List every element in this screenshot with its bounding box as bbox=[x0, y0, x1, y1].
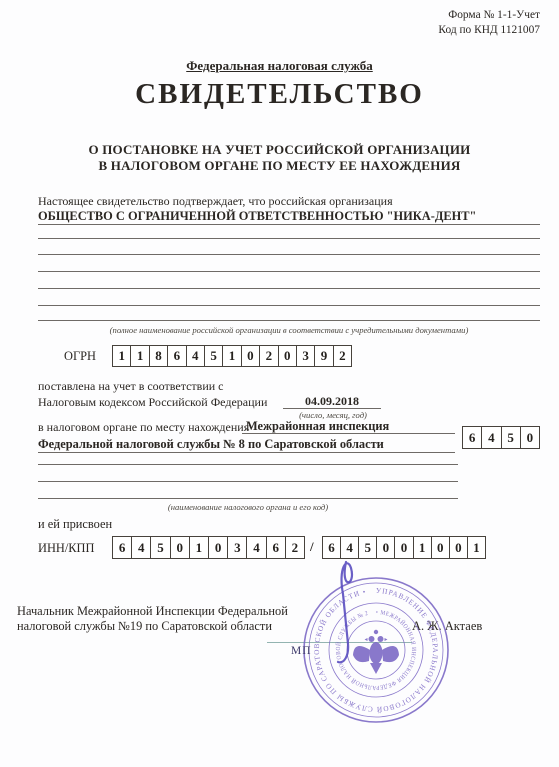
ogrn-label: ОГРН bbox=[64, 349, 96, 364]
inn-digit: 6 bbox=[267, 536, 286, 559]
form-number: Форма № 1-1-Учет bbox=[438, 8, 540, 23]
inn-digit: 0 bbox=[171, 536, 190, 559]
tax-authority-prefix: в налоговом органе по месту нахождения bbox=[38, 420, 249, 435]
blank-line bbox=[38, 452, 455, 453]
subtitle-line-2: В НАЛОГОВОМ ОРГАНЕ ПО МЕСТУ ЕЕ НАХОЖДЕНИ… bbox=[0, 158, 559, 174]
blank-line bbox=[242, 433, 455, 434]
inn-digit: 0 bbox=[209, 536, 228, 559]
blank-line bbox=[38, 305, 540, 306]
blank-line bbox=[38, 238, 540, 239]
tax-code-digit: 5 bbox=[502, 426, 521, 449]
inn-digit: 6 bbox=[112, 536, 132, 559]
ogrn-digit: 1 bbox=[131, 345, 149, 367]
date-underline bbox=[283, 408, 381, 409]
inn-digit: 5 bbox=[151, 536, 170, 559]
org-name-caption: (полное наименование российской организа… bbox=[38, 325, 540, 335]
kpp-digit: 1 bbox=[468, 536, 486, 559]
ogrn-digit: 0 bbox=[242, 345, 260, 367]
assigned-label: и ей присвоен bbox=[38, 517, 112, 532]
ogrn-digit: 8 bbox=[150, 345, 168, 367]
form-identifier-block: Форма № 1-1-Учет Код по КНД 1121007 bbox=[438, 8, 540, 39]
blank-line bbox=[38, 320, 540, 321]
stamp-mp-label: МП bbox=[291, 645, 312, 657]
blank-line bbox=[38, 224, 540, 225]
subtitle-line-1: О ПОСТАНОВКЕ НА УЧЕТ РОССИЙСКОЙ ОРГАНИЗА… bbox=[0, 142, 559, 158]
ogrn-digit: 2 bbox=[334, 345, 352, 367]
blank-line bbox=[38, 464, 458, 465]
blank-line bbox=[38, 481, 458, 482]
inn-digit: 2 bbox=[286, 536, 305, 559]
inn-kpp-label: ИНН/КПП bbox=[38, 541, 94, 556]
registered-line-2: Налоговым кодексом Российской Федерации bbox=[38, 395, 267, 410]
intro-text: Настоящее свидетельство подтверждает, чт… bbox=[38, 194, 393, 209]
kpp-digit: 0 bbox=[432, 536, 450, 559]
organization-name: ОБЩЕСТВО С ОГРАНИЧЕННОЙ ОТВЕТСТВЕННОСТЬЮ… bbox=[38, 209, 476, 224]
inn-digit: 4 bbox=[132, 536, 151, 559]
blank-line bbox=[38, 498, 458, 499]
inn-digit: 3 bbox=[228, 536, 247, 559]
signatory-title-line-2: налоговой службы №19 по Саратовской обла… bbox=[17, 619, 272, 634]
inn-digit-boxes: 6 4 5 0 1 0 3 4 6 2 bbox=[112, 536, 305, 559]
tax-code-digit: 6 bbox=[462, 426, 482, 449]
registration-date: 04.09.2018 bbox=[283, 394, 381, 409]
tax-authority-line-1: Межрайонная инспекция bbox=[246, 419, 389, 434]
kpp-digit: 0 bbox=[450, 536, 468, 559]
ogrn-digit: 9 bbox=[315, 345, 333, 367]
blank-line bbox=[38, 288, 540, 289]
inn-digit: 1 bbox=[190, 536, 209, 559]
tax-authority-code-boxes: 6 4 5 0 bbox=[462, 426, 540, 449]
tax-authority-line-2: Федеральной налоговой службы № 8 по Сара… bbox=[38, 437, 384, 452]
ogrn-digit: 6 bbox=[168, 345, 186, 367]
ogrn-digit: 4 bbox=[187, 345, 205, 367]
blank-line bbox=[38, 254, 540, 255]
blank-line bbox=[38, 271, 540, 272]
kpp-digit: 1 bbox=[414, 536, 432, 559]
registered-line-1: поставлена на учет в соответствии с bbox=[38, 379, 223, 394]
inn-digit: 4 bbox=[247, 536, 266, 559]
certificate-document: Форма № 1-1-Учет Код по КНД 1121007 Феде… bbox=[0, 0, 559, 767]
ogrn-digit-boxes: 1 1 8 6 4 5 1 0 2 0 3 9 2 bbox=[112, 345, 352, 367]
ogrn-digit: 2 bbox=[260, 345, 278, 367]
tax-authority-caption: (наименование налогового органа и его ко… bbox=[38, 502, 458, 512]
knd-code: Код по КНД 1121007 bbox=[438, 23, 540, 38]
signature-stroke bbox=[310, 552, 400, 677]
ogrn-digit: 1 bbox=[112, 345, 131, 367]
ogrn-digit: 5 bbox=[205, 345, 223, 367]
ogrn-digit: 3 bbox=[297, 345, 315, 367]
tax-code-digit: 4 bbox=[482, 426, 501, 449]
ogrn-digit: 1 bbox=[223, 345, 241, 367]
agency-name: Федеральная налоговая служба bbox=[0, 58, 559, 74]
signatory-title-line-1: Начальник Межрайонной Инспекции Федераль… bbox=[17, 604, 288, 619]
page-title: СВИДЕТЕЛЬСТВО bbox=[0, 78, 559, 111]
ogrn-digit: 0 bbox=[279, 345, 297, 367]
tax-code-digit: 0 bbox=[521, 426, 540, 449]
